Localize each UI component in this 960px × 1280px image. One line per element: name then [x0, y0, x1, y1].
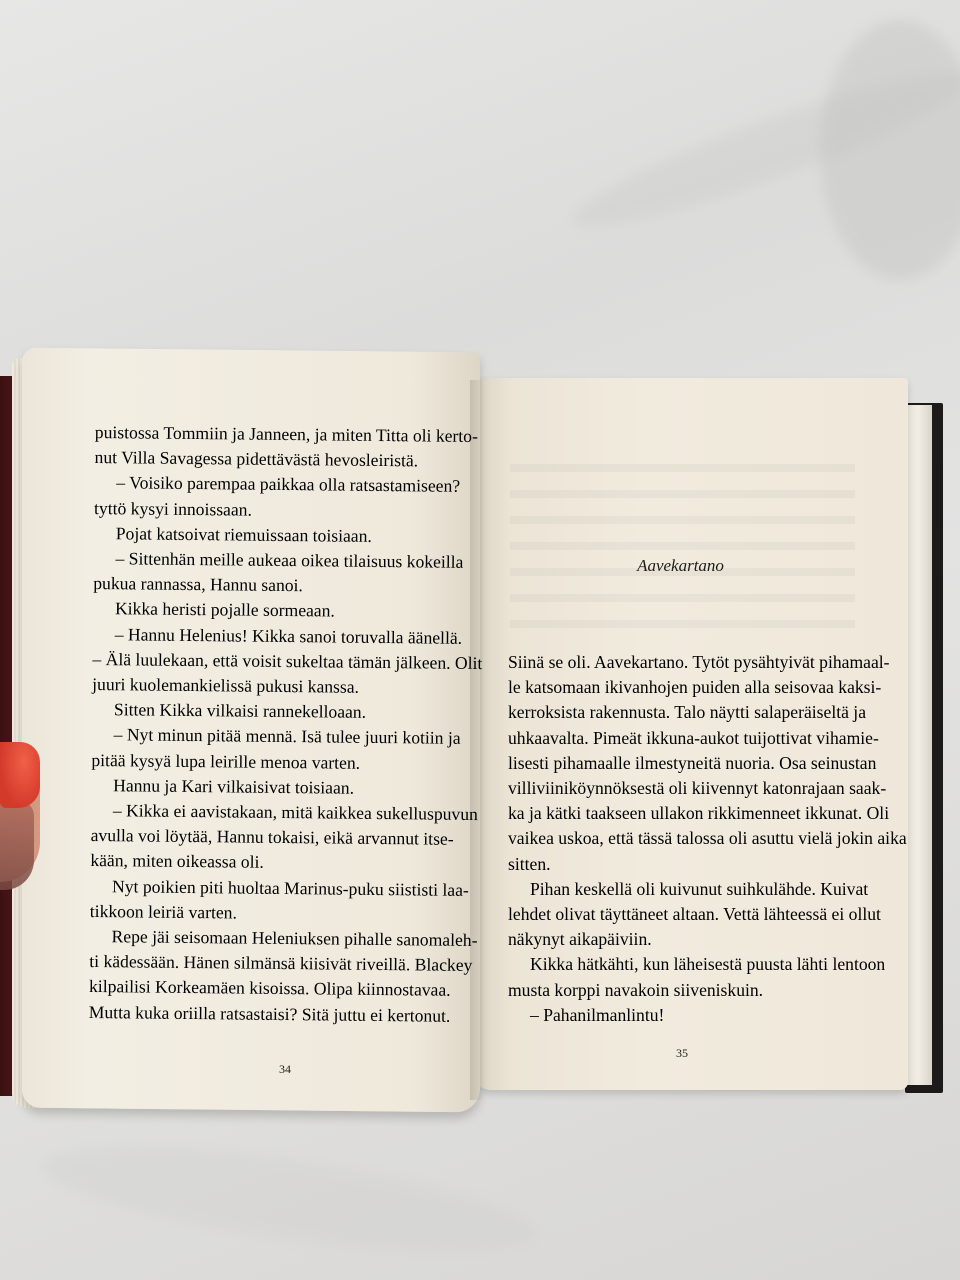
text-line: Hannu ja Kari vilkaisivat toisiaan.: [91, 773, 451, 802]
marble-vein: [820, 20, 960, 280]
text-line: – Voisiko parempaa paikkaa olla ratsasta…: [94, 470, 454, 499]
text-line: Pihan keskellä oli kuivunut suihkulähde.…: [508, 877, 853, 902]
text-line: näkynyt aikapäiviin.: [508, 927, 853, 952]
finger: [0, 800, 34, 890]
text-line: lisesti pihamaalle ilmestyneitä nuoria. …: [508, 751, 853, 776]
text-line: Kikka hätkähti, kun läheisestä puusta lä…: [508, 952, 853, 977]
text-line: villiviiniköynnöksestä oli kiivennyt kat…: [508, 776, 853, 801]
page-number-left: 34: [279, 1062, 291, 1077]
text-line: – Nyt minun pitää mennä. Isä tulee juuri…: [92, 722, 452, 751]
page-number-right: 35: [676, 1046, 688, 1061]
text-line: le katsomaan ikivanhojen puiden alla sei…: [508, 675, 853, 700]
text-line: – Kikka ei aavistakaan, mitä kaikkea suk…: [91, 798, 451, 827]
text-line: tyttö kysyi innoissaan.: [94, 496, 454, 525]
text-line: uhkaavalta. Pimeät ikkuna-aukot tuijotti…: [508, 726, 853, 751]
chapter-title: Aavekartano: [508, 556, 853, 576]
text-line: ti kädessään. Hänen silmänsä kiisivät ri…: [89, 949, 449, 978]
text-line: Pojat katsoivat riemuissaan toisiaan.: [94, 521, 454, 550]
marble-vein: [37, 1126, 543, 1275]
text-line: – Pahanilmanlintu!: [508, 1003, 853, 1028]
text-line: kään, miten oikeassa oli.: [90, 848, 450, 877]
book-gutter: [470, 380, 484, 1100]
text-line: vaikea uskoa, että tässä talossa oli asu…: [508, 826, 853, 851]
text-line: Nyt poikien piti huoltaa Marinus-puku si…: [90, 874, 450, 903]
right-page-text: Siinä se oli. Aavekartano. Tytöt pysähty…: [508, 650, 853, 1028]
red-fingernail: [0, 742, 40, 808]
text-line: sitten.: [508, 852, 853, 877]
text-line: lehdet olivat täyttäneet altaan. Vettä l…: [508, 902, 853, 927]
text-line: – Sittenhän meille aukeaa oikea tilaisuu…: [93, 546, 453, 575]
text-line: pukua rannassa, Hannu sanoi.: [93, 571, 453, 600]
text-line: musta korppi navakoin siiveniskuin.: [508, 978, 853, 1003]
text-line: nut Villa Savagessa pidettävästä hevosle…: [94, 445, 454, 474]
text-line: – Älä luulekaan, että voisit sukeltaa tä…: [92, 647, 452, 676]
text-line: puistossa Tommiin ja Janneen, ja miten T…: [95, 420, 455, 449]
text-line: ka ja kätki taakseen ullakon rikkimennee…: [508, 801, 853, 826]
text-line: avulla voi löytää, Hannu tokaisi, eikä a…: [91, 823, 451, 852]
text-line: tikkoon leiriä varten.: [90, 899, 450, 928]
text-line: Sitten Kikka vilkaisi rannekelloaan.: [92, 697, 452, 726]
text-line: kerroksista rakennusta. Talo näytti sala…: [508, 700, 853, 725]
text-line: Kikka heristi pojalle sormeaan.: [93, 596, 453, 625]
text-line: juuri kuolemankielissä pukusi kanssa.: [92, 672, 452, 701]
text-line: Mutta kuka oriilla ratsastaisi? Sitä jut…: [89, 1000, 449, 1029]
text-line: kilpailisi Korkeamäen kisoissa. Olipa ki…: [89, 974, 449, 1003]
left-page-text: puistossa Tommiin ja Janneen, ja miten T…: [89, 420, 455, 1029]
text-line: Repe jäi seisomaan Heleniuksen pihalle s…: [89, 924, 449, 953]
text-line: Siinä se oli. Aavekartano. Tytöt pysähty…: [508, 650, 853, 675]
text-line: – Hannu Helenius! Kikka sanoi toruvalla …: [93, 622, 453, 651]
text-line: pitää kysyä lupa leirille menoa varten.: [91, 748, 451, 777]
show-through-text: [510, 454, 855, 644]
